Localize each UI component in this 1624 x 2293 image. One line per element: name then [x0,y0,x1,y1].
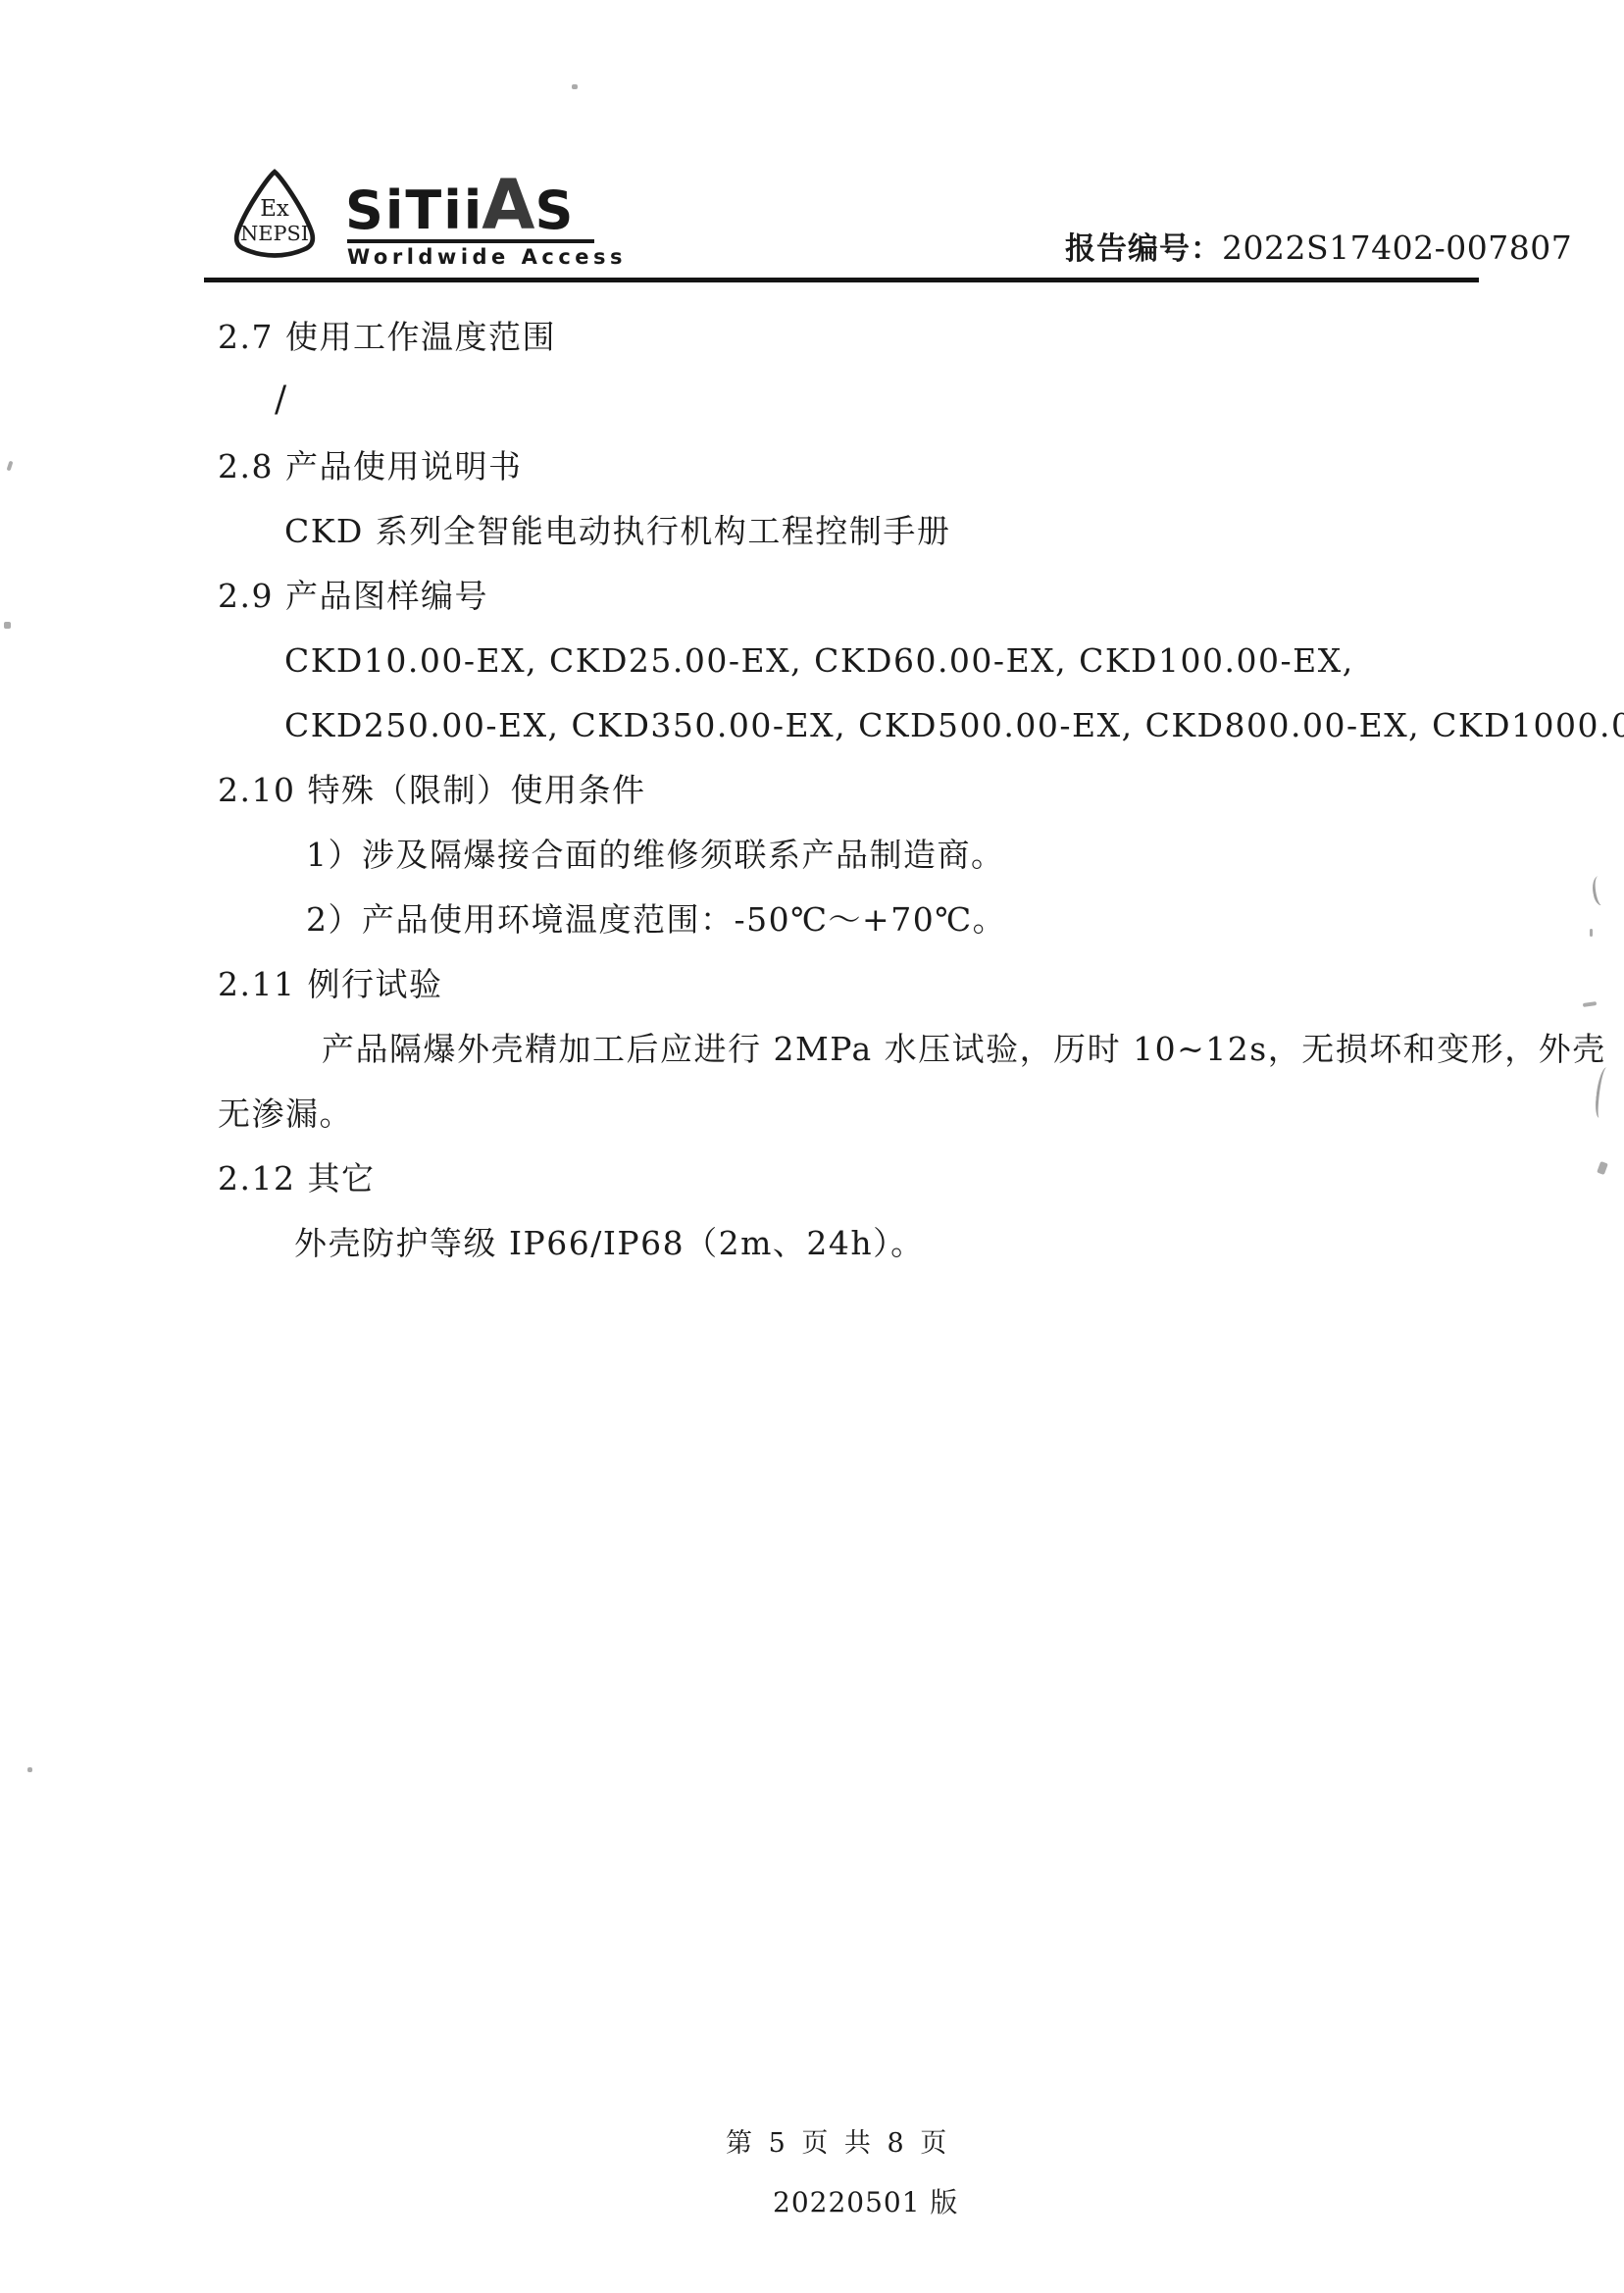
line-routine-test-2: 无渗漏。 [218,1092,353,1137]
logo-ex-text: Ex [260,196,289,222]
scan-artifact [1590,875,1610,906]
line-heading-2-12: 2.12 其它 [218,1156,375,1201]
line-routine-test-1: 产品隔爆外壳精加工后应进行 2MPa 水压试验，历时 10~12s，无损坏和变形… [322,1027,1606,1072]
brand-right: S [534,179,573,241]
brand-tagline: Worldwide Access [347,245,602,269]
footer-page-indicator: 第 5 页 共 8 页 [726,2121,950,2160]
line-ckd-models-1: CKD10.00-EX, CKD25.00-EX, CKD60.00-EX, C… [284,638,1354,684]
scan-artifact [4,622,11,629]
scan-artifact [27,1767,32,1772]
line-condition-1: 1）涉及隔爆接合面的维修须联系产品制造商。 [306,833,1005,878]
brand-left: SiTii [345,179,483,241]
line-condition-2: 2）产品使用环境温度范围：-50℃～+70℃。 [306,897,1006,943]
brand-wordmark: SiTiiAS [345,173,602,237]
line-slash-placeholder: / [275,378,288,423]
report-number-line: 报告编号：2022S17402-007807 [1065,224,1572,268]
ex-nepsi-mark-icon: Ex NEPSI [224,169,326,267]
scan-artifact [572,84,578,89]
line-ckd-manual: CKD 系列全智能电动执行机构工程控制手册 [284,509,950,554]
footer-version: 20220501 版 [773,2181,958,2220]
line-heading-2-11: 2.11 例行试验 [218,962,442,1007]
line-heading-2-9: 2.9 产品图样编号 [218,574,488,619]
report-number-value: 2022S17402-007807 [1222,229,1572,267]
line-heading-2-7: 2.7 使用工作温度范围 [218,315,556,360]
line-heading-2-10: 2.10 特殊（限制）使用条件 [218,768,645,813]
header-rule [204,278,1479,282]
brand-letter-a: A [482,165,534,245]
report-number-label: 报告编号： [1065,231,1222,267]
line-ckd-models-2: CKD250.00-EX, CKD350.00-EX, CKD500.00-EX… [284,703,1624,748]
certification-logo: Ex NEPSI SiTiiAS Worldwide Access [224,165,616,278]
scan-artifact [1597,1161,1608,1175]
scan-artifact [1594,1066,1611,1118]
scan-artifact [1583,1001,1597,1007]
logo-nepsi-text: NEPSI [240,222,309,245]
scan-artifact [1590,929,1593,937]
line-ip-rating: 外壳防护等级 IP66/IP68（2m、24h）。 [294,1221,925,1266]
scan-artifact [7,461,14,472]
scanned-report-page: Ex NEPSI SiTiiAS Worldwide Access 报告编号：2… [0,0,1624,2293]
line-heading-2-8: 2.8 产品使用说明书 [218,444,522,489]
brand-underline [347,239,594,243]
